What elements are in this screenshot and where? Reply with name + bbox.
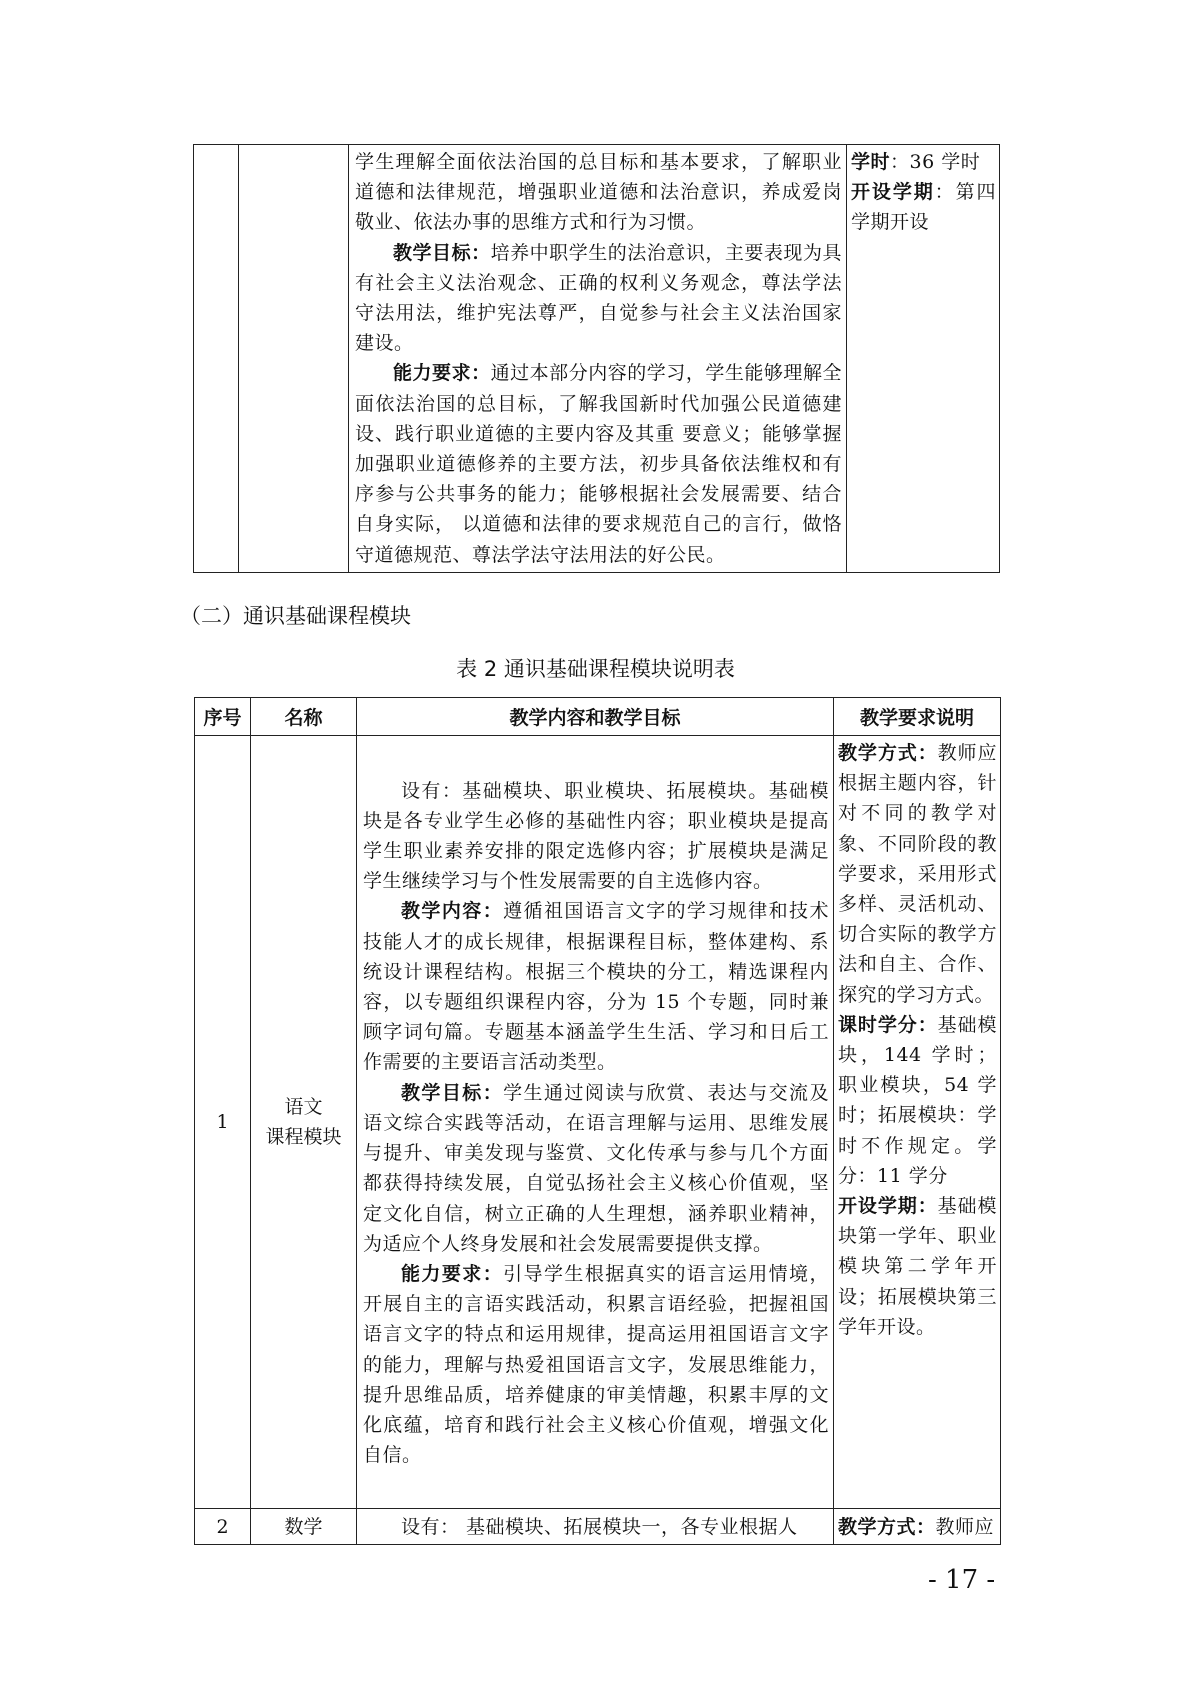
top-content-p2: 教学目标：培养中职学生的法治意识，主要表现为具有社会主义法治观念、正确的权利义务… <box>355 238 842 359</box>
hours-line: 学时：36 学时 <box>851 147 996 177</box>
row1-req-credit: 课时学分：基础模块，144 学时；职业模块，54 学时；拓展模块：学时不作规定。… <box>838 1010 997 1191</box>
row1-index: 1 <box>195 736 251 1509</box>
top-content-p1: 学生理解全面依法治国的总目标和基本要求，了解职业道德和法律规范，增强职业道德和法… <box>355 147 842 238</box>
term-line: 开设学期：第四学期开设 <box>851 177 996 237</box>
row1-content-p3: 教学目标：学生通过阅读与欣赏、表达与交流及语文综合实践等活动，在语言理解与运用、… <box>363 1078 829 1259</box>
row1-content-p2: 教学内容：遵循祖国语言文字的学习规律和技术技能人才的成长规律，根据课程目标，整体… <box>363 896 829 1077</box>
table-header-row: 序号 名称 教学内容和教学目标 教学要求说明 <box>195 698 1001 736</box>
header-content: 教学内容和教学目标 <box>357 698 834 736</box>
table-row: 2 数学 设有： 基础模块、拓展模块一，各专业根据人 教学方式：教师应 <box>195 1509 1001 1545</box>
header-index: 序号 <box>195 698 251 736</box>
row2-index: 2 <box>195 1509 251 1545</box>
top-name-cell <box>239 145 349 573</box>
row1-req-term: 开设学期：基础模块第一学年、职业模块第二学年开设；拓展模块第三学年开设。 <box>838 1191 997 1342</box>
top-requirements-cell: 学时：36 学时 开设学期：第四学期开设 <box>847 145 1000 573</box>
header-requirements: 教学要求说明 <box>834 698 1001 736</box>
row1-name: 语文 课程模块 <box>251 736 357 1509</box>
row2-content: 设有： 基础模块、拓展模块一，各专业根据人 <box>357 1509 834 1545</box>
top-content-cell: 学生理解全面依法治国的总目标和基本要求，了解职业道德和法律规范，增强职业道德和法… <box>349 145 847 573</box>
row1-content-p1: 设有：基础模块、职业模块、拓展模块。基础模块是各专业学生必修的基础性内容；职业模… <box>363 776 829 897</box>
row1-content-p4: 能力要求：引导学生根据真实的语言运用情境，开展自主的言语实践活动，积累言语经验，… <box>363 1259 829 1470</box>
top-index-cell <box>194 145 239 573</box>
row2-requirements: 教学方式：教师应 <box>834 1509 1001 1545</box>
table-row: 1 语文 课程模块 设有：基础模块、职业模块、拓展模块。基础模块是各专业学生必修… <box>195 736 1001 1509</box>
row1-req-method: 教学方式：教师应根据主题内容，针对不同的教学对象、不同阶段的教学要求，采用形式多… <box>838 738 997 1010</box>
header-name: 名称 <box>251 698 357 736</box>
row2-name: 数学 <box>251 1509 357 1545</box>
row1-content: 设有：基础模块、职业模块、拓展模块。基础模块是各专业学生必修的基础性内容；职业模… <box>357 736 834 1509</box>
table-caption: 表 2 通识基础课程模块说明表 <box>0 653 1191 683</box>
top-continuation-table: 学生理解全面依法治国的总目标和基本要求，了解职业道德和法律规范，增强职业道德和法… <box>193 144 1000 573</box>
top-content-p3: 能力要求：通过本部分内容的学习，学生能够理解全面依法治国的总目标，了解我国新时代… <box>355 358 842 569</box>
general-course-table: 序号 名称 教学内容和教学目标 教学要求说明 1 语文 课程模块 设有：基础模块… <box>194 697 1001 1545</box>
section-heading: （二）通识基础课程模块 <box>180 600 411 630</box>
page-number: - 17 - <box>928 1565 995 1595</box>
row1-requirements: 教学方式：教师应根据主题内容，针对不同的教学对象、不同阶段的教学要求，采用形式多… <box>834 736 1001 1509</box>
